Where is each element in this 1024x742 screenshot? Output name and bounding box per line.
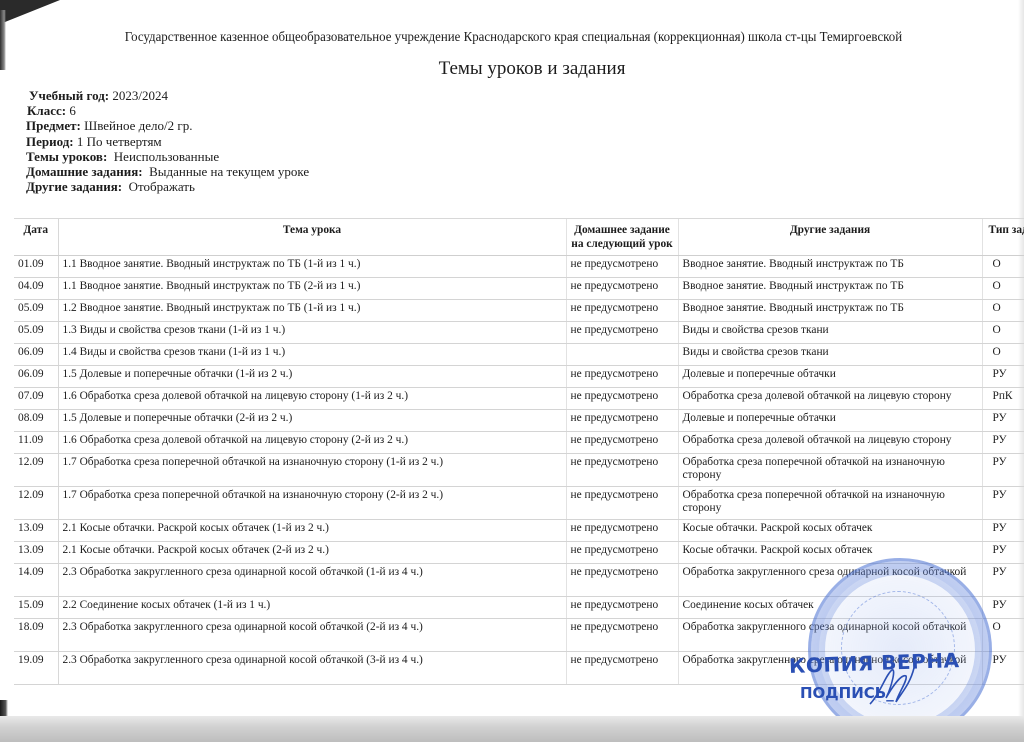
cell-task-type: РУ	[982, 410, 1024, 432]
table-row: 11.091.6 Обработка среза долевой обтачко…	[14, 432, 1024, 454]
table-row: 08.091.5 Долевые и поперечные обтачки (2…	[14, 410, 1024, 432]
param-lesson-topics: Темы уроков: Неиспользованные	[26, 149, 309, 164]
cell-task-type: РУ	[982, 597, 1024, 619]
cell-topic: 1.6 Обработка среза долевой обтачкой на …	[58, 432, 566, 454]
table-row: 19.092.3 Обработка закругленного среза о…	[14, 652, 1024, 685]
cell-homework: не предусмотрено	[566, 597, 678, 619]
cell-topic: 1.5 Долевые и поперечные обтачки (2-й из…	[58, 410, 566, 432]
cell-task-type: О	[982, 344, 1024, 366]
table-row: 05.091.2 Вводное занятие. Вводный инстру…	[14, 300, 1024, 322]
cell-topic: 1.3 Виды и свойства срезов ткани (1-й из…	[58, 322, 566, 344]
table-row: 18.092.3 Обработка закругленного среза о…	[14, 619, 1024, 652]
cell-other-tasks: Виды и свойства срезов ткани	[678, 322, 982, 344]
cell-homework: не предусмотрено	[566, 278, 678, 300]
cell-date: 05.09	[14, 300, 58, 322]
cell-date: 13.09	[14, 520, 58, 542]
cell-other-tasks: Вводное занятие. Вводный инструктаж по Т…	[678, 256, 982, 278]
cell-date: 01.09	[14, 256, 58, 278]
cell-task-type: РУ	[982, 487, 1024, 520]
cell-date: 12.09	[14, 487, 58, 520]
cell-other-tasks: Обработка среза долевой обтачкой на лице…	[678, 388, 982, 410]
cell-homework: не предусмотрено	[566, 564, 678, 597]
cell-homework	[566, 344, 678, 366]
cell-task-type: РпК	[982, 388, 1024, 410]
table-row: 12.091.7 Обработка среза поперечной обта…	[14, 487, 1024, 520]
cell-date: 05.09	[14, 322, 58, 344]
cell-date: 08.09	[14, 410, 58, 432]
table-header-row: Дата Тема урока Домашнее задание на след…	[14, 219, 1024, 256]
param-academic-year: Учебный год: 2023/2024	[26, 88, 309, 103]
scan-shadow-corner	[0, 0, 60, 24]
column-header-homework: Домашнее задание на следующий урок	[566, 219, 678, 256]
param-other-tasks: Другие задания: Отображать	[26, 179, 309, 194]
cell-homework: не предусмотрено	[566, 410, 678, 432]
cell-homework: не предусмотрено	[566, 454, 678, 487]
cell-task-type: РУ	[982, 542, 1024, 564]
cell-other-tasks: Косые обтачки. Раскрой косых обтачек	[678, 542, 982, 564]
report-parameters: Учебный год: 2023/2024 Класс: 6 Предмет:…	[26, 88, 309, 194]
cell-homework: не предусмотрено	[566, 542, 678, 564]
cell-date: 07.09	[14, 388, 58, 410]
table-row: 14.092.3 Обработка закругленного среза о…	[14, 564, 1024, 597]
cell-topic: 2.3 Обработка закругленного среза одинар…	[58, 652, 566, 685]
cell-topic: 1.1 Вводное занятие. Вводный инструктаж …	[58, 278, 566, 300]
cell-other-tasks: Долевые и поперечные обтачки	[678, 366, 982, 388]
column-header-date: Дата	[14, 219, 58, 256]
cell-other-tasks: Вводное занятие. Вводный инструктаж по Т…	[678, 278, 982, 300]
cell-homework: не предусмотрено	[566, 652, 678, 685]
cell-topic: 1.2 Вводное занятие. Вводный инструктаж …	[58, 300, 566, 322]
cell-homework: не предусмотрено	[566, 300, 678, 322]
cell-other-tasks: Косые обтачки. Раскрой косых обтачек	[678, 520, 982, 542]
cell-date: 12.09	[14, 454, 58, 487]
scan-shadow-bottom	[0, 716, 1024, 742]
cell-date: 06.09	[14, 366, 58, 388]
table-row: 06.091.5 Долевые и поперечные обтачки (1…	[14, 366, 1024, 388]
scan-shadow-left	[0, 10, 6, 70]
cell-homework: не предусмотрено	[566, 388, 678, 410]
cell-other-tasks: Обработка закругленного среза одинарной …	[678, 652, 982, 685]
table-row: 15.092.2 Соединение косых обтачек (1-й и…	[14, 597, 1024, 619]
table-row: 01.091.1 Вводное занятие. Вводный инстру…	[14, 256, 1024, 278]
cell-other-tasks: Обработка среза долевой обтачкой на лице…	[678, 432, 982, 454]
cell-topic: 2.1 Косые обтачки. Раскрой косых обтачек…	[58, 542, 566, 564]
cell-homework: не предусмотрено	[566, 619, 678, 652]
cell-other-tasks: Вводное занятие. Вводный инструктаж по Т…	[678, 300, 982, 322]
cell-task-type: РУ	[982, 564, 1024, 597]
cell-homework: не предусмотрено	[566, 520, 678, 542]
table-row: 12.091.7 Обработка среза поперечной обта…	[14, 454, 1024, 487]
cell-homework: не предусмотрено	[566, 432, 678, 454]
document-title: Темы уроков и задания	[20, 58, 1024, 80]
cell-homework: не предусмотрено	[566, 256, 678, 278]
cell-task-type: О	[982, 619, 1024, 652]
cell-topic: 2.3 Обработка закругленного среза одинар…	[58, 619, 566, 652]
cell-topic: 2.1 Косые обтачки. Раскрой косых обтачек…	[58, 520, 566, 542]
cell-topic: 2.3 Обработка закругленного среза одинар…	[58, 564, 566, 597]
cell-task-type: РУ	[982, 454, 1024, 487]
cell-task-type: О	[982, 256, 1024, 278]
table-row: 04.091.1 Вводное занятие. Вводный инстру…	[14, 278, 1024, 300]
cell-date: 19.09	[14, 652, 58, 685]
cell-other-tasks: Обработка закругленного среза одинарной …	[678, 619, 982, 652]
cell-topic: 1.7 Обработка среза поперечной обтачкой …	[58, 454, 566, 487]
cell-topic: 1.5 Долевые и поперечные обтачки (1-й из…	[58, 366, 566, 388]
cell-task-type: О	[982, 278, 1024, 300]
cell-task-type: РУ	[982, 652, 1024, 685]
param-homework: Домашние задания: Выданные на текущем ур…	[26, 164, 309, 179]
column-header-topic: Тема урока	[58, 219, 566, 256]
cell-other-tasks: Виды и свойства срезов ткани	[678, 344, 982, 366]
lessons-table: Дата Тема урока Домашнее задание на след…	[14, 218, 1024, 685]
cell-task-type: РУ	[982, 520, 1024, 542]
cell-date: 13.09	[14, 542, 58, 564]
table-row: 06.091.4 Виды и свойства срезов ткани (1…	[14, 344, 1024, 366]
column-header-other-tasks: Другие задания	[678, 219, 982, 256]
signature-label: ПОДПИСЬ_	[800, 684, 894, 702]
cell-other-tasks: Соединение косых обтачек	[678, 597, 982, 619]
cell-other-tasks: Обработка среза поперечной обтачкой на и…	[678, 487, 982, 520]
cell-topic: 2.2 Соединение косых обтачек (1-й из 1 ч…	[58, 597, 566, 619]
cell-topic: 1.4 Виды и свойства срезов ткани (1-й из…	[58, 344, 566, 366]
cell-topic: 1.7 Обработка среза поперечной обтачкой …	[58, 487, 566, 520]
cell-homework: не предусмотрено	[566, 322, 678, 344]
cell-task-type: О	[982, 322, 1024, 344]
cell-other-tasks: Обработка закругленного среза одинарной …	[678, 564, 982, 597]
cell-date: 15.09	[14, 597, 58, 619]
param-period: Период: 1 По четвертям	[26, 134, 309, 149]
column-header-task-type: Тип задания	[982, 219, 1024, 256]
table-row: 13.092.1 Косые обтачки. Раскрой косых об…	[14, 542, 1024, 564]
cell-date: 18.09	[14, 619, 58, 652]
table-body: 01.091.1 Вводное занятие. Вводный инстру…	[14, 256, 1024, 685]
cell-date: 06.09	[14, 344, 58, 366]
table-row: 07.091.6 Обработка среза долевой обтачко…	[14, 388, 1024, 410]
organization-name: Государственное казенное общеобразовател…	[42, 30, 984, 46]
cell-topic: 1.6 Обработка среза долевой обтачкой на …	[58, 388, 566, 410]
cell-other-tasks: Обработка среза поперечной обтачкой на и…	[678, 454, 982, 487]
param-subject: Предмет: Швейное дело/2 гр.	[26, 118, 309, 133]
cell-date: 04.09	[14, 278, 58, 300]
cell-topic: 1.1 Вводное занятие. Вводный инструктаж …	[58, 256, 566, 278]
table-row: 05.091.3 Виды и свойства срезов ткани (1…	[14, 322, 1024, 344]
cell-other-tasks: Долевые и поперечные обтачки	[678, 410, 982, 432]
cell-task-type: РУ	[982, 366, 1024, 388]
param-class: Класс: 6	[26, 103, 309, 118]
cell-task-type: О	[982, 300, 1024, 322]
cell-homework: не предусмотрено	[566, 366, 678, 388]
table-row: 13.092.1 Косые обтачки. Раскрой косых об…	[14, 520, 1024, 542]
cell-task-type: РУ	[982, 432, 1024, 454]
cell-date: 11.09	[14, 432, 58, 454]
cell-homework: не предусмотрено	[566, 487, 678, 520]
cell-date: 14.09	[14, 564, 58, 597]
